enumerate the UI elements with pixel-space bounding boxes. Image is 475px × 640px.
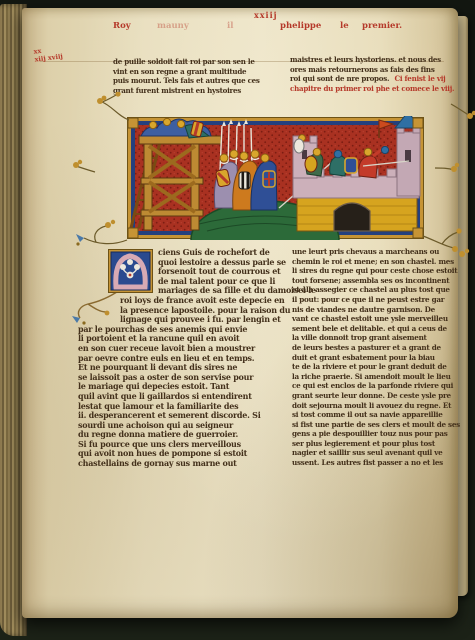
header-word: Roy [113,21,131,31]
text-line: gens a pie despouillier touz nus pour pa… [292,429,458,439]
text-line: de puille soldoit fait roi par son sen l… [113,57,271,67]
text-line: nis de viandes ne dautre garnison. De [292,305,458,315]
text-line: vint en son regne a grant multitude [113,67,271,77]
text-line: puis mourut. Tels fais et autres que ces [113,76,271,86]
ivy-sprig [88,92,130,122]
text-line: nagier et saillir sus seul avenant quil … [292,448,458,458]
text-line: roi qui sont de nre propos. Ci fenist le… [290,74,458,84]
text-column-main-right: une leurt pris chevaus a marcheans ouche… [292,247,458,468]
ivy-sprig [66,208,128,250]
text-line: la riche praerie. Si amendoit moult le l… [292,372,458,382]
header-word: le [340,21,349,31]
text-line: la ville donnoit trop grant aisement [292,333,458,343]
text-line: une leurt pris chevaus a marcheans ou [292,247,458,257]
tower-post-right [191,144,199,230]
running-header: Roy mauny il phelippe le premier. [22,21,458,33]
text-line: grant seurte leur donne. De ceste ysle p… [292,391,458,401]
header-word-faded: mauny [157,21,189,31]
text-line: de leurs bestes a pasturer et a grant de [292,343,458,353]
text-line: te de la riviere et pour le grant deduit… [292,362,458,372]
illuminated-initial-art [108,249,153,293]
ivy-sprig [72,158,96,176]
tower-platform [139,136,221,144]
margin-note: xx xiij xviij [33,44,63,63]
shield-cross [263,171,275,187]
text-column-main-left: ciens Guis de rochefort dequoi lestoire … [78,248,292,469]
text-line: sement bele et delitable. et qui a ceus … [292,324,458,334]
gold-shield [305,156,317,172]
text-line: si tost comme il out sa navie appareilli… [292,410,458,420]
manuscript-page: xxiij Roy mauny il phelippe le premier. … [22,8,458,618]
text-line: chemin le roi et mene; en son chastel. m… [292,257,458,267]
text-line: tout forsene; assembla ses os incontinen… [292,276,458,286]
text-line: duit et grant esbatement pour la biau [292,353,458,363]
rubric-text: chapitre du primer roi phe et comece le … [290,84,458,94]
siege-miniature [127,116,424,240]
blue-leaf [76,234,84,242]
ivy-sprig [450,100,475,122]
text-line: il pout: pour ce que il ne peust estre g… [292,295,458,305]
text-line: ser plus legierement et pour plus tost [292,439,458,449]
text-line: ores mais retournerons as fais des fins [290,65,458,75]
text-line: doit sejourna moult li avouez du regne. … [292,401,458,411]
rubric-text: Ci fenist le vij [394,74,445,83]
header-word: phelippe [280,21,321,31]
text-line: li sires du regne qui pour ceste chose e… [292,266,458,276]
shield-gold-red [215,169,230,187]
castle-gate [334,203,370,231]
text-line: ce qui est enclos de la parfonde riviere… [292,381,458,391]
text-line: et ala assegier ce chastel au plus tost … [292,285,458,295]
shield-paly-black-white [239,172,250,189]
text-line: maistres et leurs hystoriens. et nous de… [290,55,458,65]
text-line: si fist une partie de ses clers et moult… [292,420,458,430]
text-line: chastellains de gornay sus marne out [78,459,292,469]
text-line: ussent. Les autres fist passer a no et l… [292,458,458,468]
folio-number: xxiij [254,10,278,20]
white-shield [294,139,304,153]
text-column-top-left: de puille soldoit fait roi par son sen l… [113,57,271,95]
ivy-sprig [456,246,472,262]
tower-post-left [144,144,152,230]
header-word: premier. [362,21,402,31]
illuminated-initial [78,248,158,287]
text-line: vant ce chastel estoit une ysle merveill… [292,314,458,324]
text-line: grant furent mistrent en hystoires [113,86,271,96]
text-column-top-right: maistres et leurs hystoriens. et nous de… [290,55,458,93]
ivy-sprig [434,158,460,180]
header-word-faded: il [227,21,233,31]
shield-blue-gold [345,158,357,173]
manuscript-photo: xxiij Roy mauny il phelippe le premier. … [0,0,475,640]
